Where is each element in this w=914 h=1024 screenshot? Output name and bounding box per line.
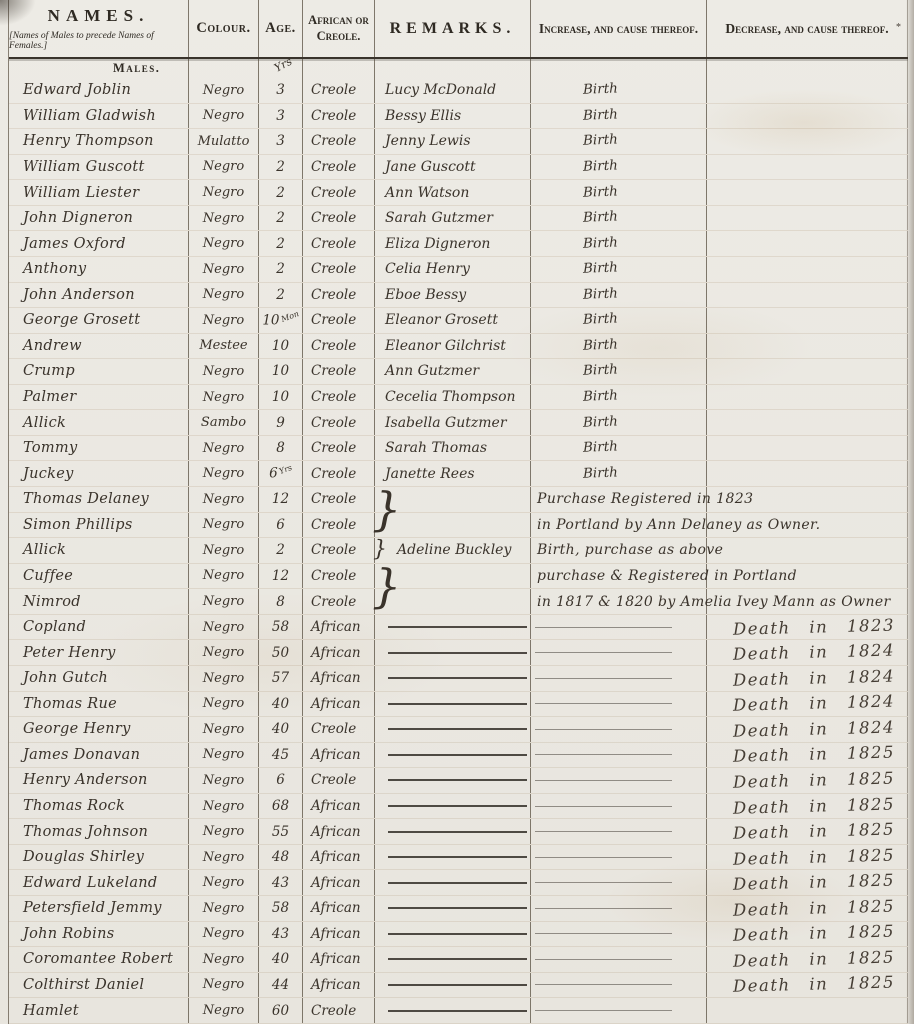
- remarks-cell: Eleanor Gilchrist: [375, 334, 531, 359]
- table-row: Copland Negro 58 African Death in 1823: [9, 615, 908, 641]
- decrease-cell: [707, 78, 908, 103]
- age-value: 45: [272, 747, 289, 763]
- decrease-value: [707, 141, 733, 142]
- age-cell: 60: [259, 998, 303, 1023]
- increase-cell: [531, 870, 707, 895]
- origin-value: African: [303, 696, 361, 712]
- remarks-cell: Eliza Digneron: [375, 231, 531, 256]
- colour-cell: Negro: [189, 819, 259, 844]
- table-row: Petersfield Jemmy Negro 58 African Death…: [9, 896, 908, 922]
- table-row: Allick Sambo 9 Creole Isabella Gutzmer B…: [9, 410, 908, 436]
- age-value: 40: [272, 696, 289, 712]
- increase-value: Birth: [531, 311, 618, 330]
- colour-cell: Negro: [189, 794, 259, 819]
- age-value: 12: [272, 491, 289, 507]
- name-cell: Henry Thompson: [9, 129, 189, 154]
- increase-cell: [531, 615, 707, 640]
- table-row: Peter Henry Negro 50 African Death in 18…: [9, 640, 908, 666]
- table-row: Allick Negro 2 Creole }Adeline Buckley B…: [9, 538, 908, 564]
- increase-cell: [531, 998, 707, 1023]
- remarks-cell: Ann Gutzmer: [375, 359, 531, 384]
- colour-value: Negro: [203, 875, 244, 890]
- origin-value: Creole: [303, 1003, 356, 1019]
- name-value: William Liester: [9, 185, 139, 201]
- age-cell: 2: [259, 206, 303, 231]
- age-value: 40: [272, 721, 289, 737]
- colour-cell: Negro: [189, 461, 259, 486]
- decrease-value: [707, 1010, 733, 1011]
- origin-cell: Creole: [303, 538, 375, 563]
- decrease-value: [707, 243, 733, 244]
- remarks-cell: [375, 947, 531, 972]
- origin-value: Creole: [303, 185, 356, 201]
- table-row: Thomas Rue Negro 40 African Death in 182…: [9, 692, 908, 718]
- increase-cell: Birth: [531, 410, 707, 435]
- age-value: 43: [272, 875, 289, 891]
- table-row: Andrew Mestee 10 Creole Eleanor Gilchris…: [9, 334, 908, 360]
- colour-value: Negro: [203, 952, 244, 967]
- increase-value: Birth: [531, 157, 618, 176]
- remarks-cell: [375, 973, 531, 998]
- colour-cell: Negro: [189, 666, 259, 691]
- age-value: 9: [276, 415, 285, 431]
- remarks-value: Sarah Gutzmer: [375, 210, 493, 226]
- origin-value: African: [303, 824, 361, 840]
- decrease-cell: [707, 359, 908, 384]
- colour-cell: Negro: [189, 283, 259, 308]
- decrease-value: Death in 1824: [707, 717, 895, 741]
- colour-cell: Negro: [189, 359, 259, 384]
- age-cell: 2: [259, 257, 303, 282]
- table-row: John Robins Negro 43 African Death in 18…: [9, 922, 908, 948]
- table-row: Henry Anderson Negro 6 Creole Death in 1…: [9, 768, 908, 794]
- age-value: 2: [276, 210, 285, 226]
- increase-cell: [531, 819, 707, 844]
- increase-cell: Birth: [531, 231, 707, 256]
- table-row: James Oxford Negro 2 Creole Eliza Digner…: [9, 231, 908, 257]
- remarks-value: Ann Watson: [375, 185, 469, 201]
- origin-value: African: [303, 670, 361, 686]
- increase-cell: [531, 922, 707, 947]
- increase-cell: [531, 692, 707, 717]
- increase-value: Birth, purchase as above: [531, 542, 723, 558]
- decrease-value: [707, 192, 733, 193]
- colour-value: Negro: [203, 364, 244, 379]
- age-value: 10: [272, 363, 289, 379]
- header-origin: African or Creole.: [303, 0, 375, 57]
- colour-value: Negro: [203, 159, 244, 174]
- decrease-value: Death in 1824: [707, 641, 895, 665]
- age-value: 40: [272, 951, 289, 967]
- colour-value: Negro: [203, 517, 244, 532]
- increase-cell: Birth: [531, 206, 707, 231]
- age-value: 10: [272, 389, 289, 405]
- colour-cell: Mulatto: [189, 129, 259, 154]
- name-cell: Simon Phillips: [9, 513, 189, 538]
- table-row: Thomas Delaney Negro 12 Creole } Purchas…: [9, 487, 908, 513]
- name-value: Hamlet: [9, 1003, 79, 1019]
- decrease-value: [707, 90, 733, 91]
- decrease-cell: [707, 155, 908, 180]
- age-value: 10Mon: [262, 312, 298, 329]
- colour-value: Negro: [203, 466, 244, 481]
- remarks-value: Eleanor Grosett: [375, 312, 498, 328]
- table-row: Simon Phillips Negro 6 Creole in Portlan…: [9, 513, 908, 539]
- remarks-value: Eliza Digneron: [375, 236, 490, 252]
- decrease-cell: [707, 410, 908, 435]
- table-row: Henry Thompson Mulatto 3 Creole Jenny Le…: [9, 129, 908, 155]
- remarks-value: Jane Guscott: [375, 159, 476, 175]
- increase-value: Birth: [531, 132, 618, 151]
- section-colour: [189, 59, 259, 78]
- increase-value: in Portland by Ann Delaney as Owner.: [531, 517, 820, 533]
- decrease-cell: [707, 461, 908, 486]
- remarks-cell: [375, 870, 531, 895]
- increase-cell: [531, 845, 707, 870]
- remarks-cell: Sarah Gutzmer: [375, 206, 531, 231]
- colour-value: Negro: [203, 441, 244, 456]
- origin-value: Creole: [303, 236, 356, 252]
- colour-cell: Negro: [189, 308, 259, 333]
- remarks-value: Eleanor Gilchrist: [375, 338, 506, 354]
- decrease-value: [707, 167, 733, 168]
- grouping-brace: }: [372, 484, 401, 534]
- colour-cell: Negro: [189, 513, 259, 538]
- table-row: Edward Joblin Negro 3 Creole Lucy McDona…: [9, 78, 908, 104]
- age-cell: 45: [259, 743, 303, 768]
- colour-value: Negro: [203, 211, 244, 226]
- name-cell: John Gutch: [9, 666, 189, 691]
- age-cell: 9: [259, 410, 303, 435]
- table-row: Cuffee Negro 12 Creole } purchase & Regi…: [9, 564, 908, 590]
- name-cell: Thomas Rock: [9, 794, 189, 819]
- increase-value: Birth: [531, 362, 618, 381]
- origin-cell: African: [303, 743, 375, 768]
- name-value: Allick: [9, 542, 66, 558]
- remarks-value: Lucy McDonald: [375, 82, 496, 98]
- colour-cell: Sambo: [189, 410, 259, 435]
- age-value: 43: [272, 926, 289, 942]
- name-value: William Guscott: [9, 159, 145, 175]
- age-cell: 2: [259, 231, 303, 256]
- age-cell: 55: [259, 819, 303, 844]
- origin-cell: Creole: [303, 104, 375, 129]
- origin-cell: African: [303, 640, 375, 665]
- table-row: Anthony Negro 2 Creole Celia Henry Birth: [9, 257, 908, 283]
- name-cell: James Oxford: [9, 231, 189, 256]
- remarks-cell: [375, 998, 531, 1023]
- increase-cell: [531, 768, 707, 793]
- name-value: John Robins: [9, 926, 114, 942]
- increase-value: in 1817 & 1820 by Amelia Ivey Mann as Ow…: [531, 594, 891, 610]
- colour-cell: Mestee: [189, 334, 259, 359]
- name-cell: Juckey: [9, 461, 189, 486]
- decrease-cell: Death in 1825: [707, 973, 908, 998]
- name-cell: Colthirst Daniel: [9, 973, 189, 998]
- increase-cell: [531, 666, 707, 691]
- colour-value: Negro: [203, 773, 244, 788]
- decrease-value: [707, 116, 733, 117]
- colour-cell: Negro: [189, 78, 259, 103]
- name-value: Juckey: [9, 466, 74, 482]
- name-value: Edward Joblin: [9, 82, 131, 98]
- age-value: 55: [272, 824, 289, 840]
- remarks-cell: [375, 896, 531, 921]
- age-cell: 12: [259, 487, 303, 512]
- age-value: 2: [276, 261, 285, 277]
- increase-value: Birth: [531, 234, 618, 253]
- age-cell: 2: [259, 283, 303, 308]
- table-row: Thomas Rock Negro 68 African Death in 18…: [9, 794, 908, 820]
- remarks-cell: Eleanor Grosett: [375, 308, 531, 333]
- remarks-cell: [375, 692, 531, 717]
- origin-value: Creole: [303, 363, 356, 379]
- age-unit-note: Yrs: [278, 463, 293, 476]
- increase-cell: Birth: [531, 129, 707, 154]
- increase-cell: [531, 947, 707, 972]
- colour-cell: Negro: [189, 717, 259, 742]
- header-age-label: Age.: [265, 20, 296, 37]
- colour-cell: Negro: [189, 155, 259, 180]
- origin-cell: Creole: [303, 206, 375, 231]
- origin-value: Creole: [303, 415, 356, 431]
- age-cell: 6: [259, 513, 303, 538]
- table-body: Edward Joblin Negro 3 Creole Lucy McDona…: [9, 78, 908, 1024]
- age-value: 57: [272, 670, 289, 686]
- origin-cell: Creole: [303, 180, 375, 205]
- origin-value: Creole: [303, 568, 356, 584]
- name-value: Copland: [9, 619, 86, 635]
- increase-cell: [531, 794, 707, 819]
- decrease-cell: Death in 1825: [707, 870, 908, 895]
- colour-cell: Negro: [189, 385, 259, 410]
- origin-cell: African: [303, 615, 375, 640]
- colour-cell: Negro: [189, 640, 259, 665]
- name-cell: Andrew: [9, 334, 189, 359]
- increase-cell: [531, 896, 707, 921]
- decrease-value: [707, 294, 733, 295]
- colour-cell: Negro: [189, 206, 259, 231]
- name-value: Douglas Shirley: [9, 849, 144, 865]
- origin-value: Creole: [303, 338, 356, 354]
- name-cell: Douglas Shirley: [9, 845, 189, 870]
- age-cell: 57: [259, 666, 303, 691]
- colour-cell: Negro: [189, 896, 259, 921]
- age-cell: 6: [259, 768, 303, 793]
- origin-value: African: [303, 977, 361, 993]
- colour-cell: Negro: [189, 922, 259, 947]
- increase-cell: Birth: [531, 155, 707, 180]
- name-value: Henry Anderson: [9, 772, 148, 788]
- age-cell: 58: [259, 615, 303, 640]
- name-value: Simon Phillips: [9, 517, 133, 533]
- decrease-cell: Death in 1824: [707, 692, 908, 717]
- remarks-cell: [375, 768, 531, 793]
- name-cell: Coromantee Robert: [9, 947, 189, 972]
- name-value: William Gladwish: [9, 108, 156, 124]
- decrease-value: Death in 1825: [707, 973, 895, 997]
- age-value: 50: [272, 645, 289, 661]
- table-row: Juckey Negro 6Yrs Creole Janette Rees Bi…: [9, 461, 908, 487]
- origin-cell: Creole: [303, 78, 375, 103]
- remarks-cell: Celia Henry: [375, 257, 531, 282]
- name-value: James Oxford: [9, 236, 126, 252]
- increase-cell: Birth: [531, 104, 707, 129]
- remarks-cell: Lucy McDonald: [375, 78, 531, 103]
- origin-cell: Creole: [303, 589, 375, 614]
- name-value: Crump: [9, 363, 75, 379]
- origin-cell: African: [303, 922, 375, 947]
- increase-value: Birth: [531, 388, 618, 407]
- name-cell: William Gladwish: [9, 104, 189, 129]
- colour-value: Negro: [203, 543, 244, 558]
- remarks-value: Cecelia Thompson: [375, 389, 516, 405]
- increase-cell: Birth: [531, 334, 707, 359]
- name-cell: Edward Lukeland: [9, 870, 189, 895]
- decrease-cell: [707, 104, 908, 129]
- origin-cell: Creole: [303, 155, 375, 180]
- table-row: William Liester Negro 2 Creole Ann Watso…: [9, 180, 908, 206]
- age-value: 6Yrs: [269, 465, 292, 482]
- name-value: Tommy: [9, 440, 77, 456]
- age-cell: 6Yrs: [259, 461, 303, 486]
- origin-cell: Creole: [303, 359, 375, 384]
- origin-cell: African: [303, 666, 375, 691]
- colour-cell: Negro: [189, 257, 259, 282]
- decrease-value: Death in 1825: [707, 896, 895, 920]
- table-header: NAMES. [Names of Males to precede Names …: [9, 0, 908, 59]
- decrease-value: Death in 1825: [707, 769, 895, 793]
- increase-cell: in Portland by Ann Delaney as Owner.: [531, 513, 707, 538]
- name-cell: John Robins: [9, 922, 189, 947]
- table-row: George Henry Negro 40 Creole Death in 18…: [9, 717, 908, 743]
- name-cell: George Grosett: [9, 308, 189, 333]
- decrease-cell: Death in 1825: [707, 896, 908, 921]
- origin-value: Creole: [303, 108, 356, 124]
- decrease-cell: Death in 1825: [707, 845, 908, 870]
- decrease-cell: [707, 538, 908, 563]
- colour-cell: Negro: [189, 589, 259, 614]
- origin-value: Creole: [303, 594, 356, 610]
- name-value: Palmer: [9, 389, 76, 405]
- increase-cell: [531, 717, 707, 742]
- increase-cell: Birth: [531, 308, 707, 333]
- decrease-value: [707, 397, 733, 398]
- origin-cell: Creole: [303, 487, 375, 512]
- colour-value: Negro: [203, 390, 244, 405]
- colour-value: Negro: [203, 236, 244, 251]
- origin-value: African: [303, 747, 361, 763]
- decrease-value: Death in 1823: [707, 615, 895, 639]
- section-remarks: [375, 59, 531, 78]
- name-value: Colthirst Daniel: [9, 977, 144, 993]
- increase-cell: Birth: [531, 436, 707, 461]
- table-row: John Anderson Negro 2 Creole Eboe Bessy …: [9, 283, 908, 309]
- name-cell: Henry Anderson: [9, 768, 189, 793]
- colour-value: Negro: [203, 901, 244, 916]
- age-value: 3: [276, 133, 285, 149]
- origin-cell: Creole: [303, 436, 375, 461]
- header-names-label: NAMES.: [48, 6, 150, 26]
- decrease-cell: Death in 1825: [707, 768, 908, 793]
- colour-value: Negro: [203, 671, 244, 686]
- age-cell: 58: [259, 896, 303, 921]
- decrease-value: [707, 346, 733, 347]
- origin-value: African: [303, 951, 361, 967]
- age-cell: 44: [259, 973, 303, 998]
- age-cell: 3: [259, 78, 303, 103]
- decrease-value: Death in 1824: [707, 692, 895, 716]
- decrease-value: Death in 1825: [707, 743, 895, 767]
- name-cell: Palmer: [9, 385, 189, 410]
- decrease-value: Death in 1825: [707, 845, 895, 869]
- colour-cell: Negro: [189, 538, 259, 563]
- name-cell: Allick: [9, 410, 189, 435]
- name-cell: Anthony: [9, 257, 189, 282]
- remarks-cell: Isabella Gutzmer: [375, 410, 531, 435]
- colour-value: Negro: [203, 799, 244, 814]
- colour-cell: Negro: [189, 180, 259, 205]
- origin-cell: Creole: [303, 768, 375, 793]
- age-cell: 68: [259, 794, 303, 819]
- decrease-cell: [707, 283, 908, 308]
- remarks-cell: [375, 615, 531, 640]
- name-value: Anthony: [9, 261, 86, 277]
- decrease-cell: Death in 1825: [707, 922, 908, 947]
- age-value: 6: [276, 517, 285, 533]
- decrease-cell: [707, 998, 908, 1023]
- table-row: William Guscott Negro 2 Creole Jane Gusc…: [9, 155, 908, 181]
- increase-cell: Birth: [531, 461, 707, 486]
- colour-value: Negro: [203, 262, 244, 277]
- remarks-cell: Ann Watson: [375, 180, 531, 205]
- colour-value: Negro: [203, 645, 244, 660]
- origin-value: Creole: [303, 772, 356, 788]
- decrease-value: [707, 422, 733, 423]
- remarks-cell: }: [375, 487, 531, 512]
- name-value: Petersfield Jemmy: [9, 900, 162, 916]
- header-increase-label: Increase, and cause thereof.: [539, 21, 698, 37]
- colour-value: Sambo: [201, 415, 246, 430]
- colour-cell: Negro: [189, 104, 259, 129]
- header-names-subnote: [Names of Males to precede Names of Fema…: [9, 31, 188, 51]
- decrease-value: Death in 1825: [707, 820, 895, 844]
- section-names: Males.: [9, 59, 189, 78]
- origin-cell: Creole: [303, 257, 375, 282]
- remarks-cell: Eboe Bessy: [375, 283, 531, 308]
- age-value: 2: [276, 236, 285, 252]
- name-cell: Crump: [9, 359, 189, 384]
- remarks-value: Sarah Thomas: [375, 440, 487, 456]
- decrease-value: Death in 1825: [707, 794, 895, 818]
- decrease-cell: Death in 1825: [707, 819, 908, 844]
- name-cell: Nimrod: [9, 589, 189, 614]
- origin-cell: African: [303, 973, 375, 998]
- origin-value: Creole: [303, 542, 356, 558]
- name-cell: Petersfield Jemmy: [9, 896, 189, 921]
- header-decrease: Decrease, and cause thereof. *: [707, 0, 908, 57]
- colour-value: Negro: [203, 1003, 244, 1018]
- age-cell: 48: [259, 845, 303, 870]
- header-origin-label-line2: Creole.: [317, 29, 361, 45]
- colour-cell: Negro: [189, 436, 259, 461]
- origin-value: African: [303, 798, 361, 814]
- name-cell: Edward Joblin: [9, 78, 189, 103]
- colour-value: Negro: [203, 850, 244, 865]
- remarks-cell: Cecelia Thompson: [375, 385, 531, 410]
- remarks-cell: Jane Guscott: [375, 155, 531, 180]
- origin-cell: African: [303, 845, 375, 870]
